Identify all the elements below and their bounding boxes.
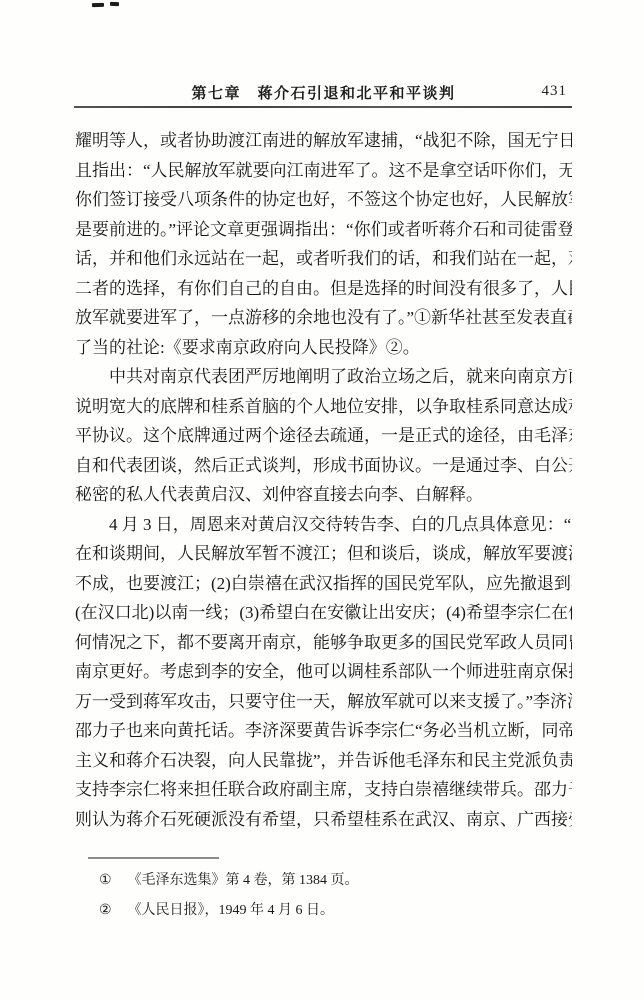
footnote-text: 《毛泽东选集》第 4 卷，第 1384 页。	[128, 873, 359, 888]
text-line: 耀明等人，或者协助渡江南进的解放军逮捕，“战犯不除，国无宁日”，并	[75, 126, 572, 156]
text-line: 支持李宗仁将来担任联合政府副主席，支持白崇禧继续带兵。邵力子	[75, 775, 572, 805]
text-line: 说明宽大的底牌和桂系首脑的个人地位安排，以争取桂系同意达成和	[75, 392, 572, 422]
text-line: 南京更好。考虑到李的安全，他可以调桂系部队一个师进驻南京保护，	[75, 657, 572, 687]
text-line: 你们签订接受八项条件的协定也好，不签这个协定也好，人民解放军总	[75, 185, 572, 215]
scan-artifact	[92, 3, 104, 7]
scan-artifact	[110, 2, 119, 6]
body-text-block: 耀明等人，或者协助渡江南进的解放军逮捕，“战犯不除，国无宁日”，并 且指出：“人…	[75, 126, 572, 834]
text-line: 自和代表团谈，然后正式谈判，形成书面协议。一是通过李、白公开和	[75, 451, 572, 481]
text-line: 邵力子也来向黄托话。李济深要黄告诉李宗仁“务必当机立断，同帝国	[75, 716, 572, 746]
footnote-divider	[88, 857, 219, 859]
header-divider	[74, 106, 572, 108]
footnote-marker: ①	[99, 866, 112, 896]
text-line: 4 月 3 日，周恩来对黄启汉交待转告李、白的几点具体意见：“(1)	[75, 510, 572, 540]
text-line: 何情况之下，都不要离开南京，能够争取更多的国民党军政人员同留在	[75, 628, 572, 658]
text-line: 平协议。这个底牌通过两个途径去疏通，一是正式的途径，由毛泽东亲	[75, 421, 572, 451]
text-line: 二者的选择，有你们自己的自由。但是选择的时间没有很多了，人民解	[75, 274, 572, 304]
footnote-marker: ②	[99, 896, 112, 926]
text-line: 话，并和他们永远站在一起，或者听我们的话，和我们站在一起，对于这	[75, 244, 572, 274]
text-line: 在和谈期间，人民解放军暂不渡江；但和谈后，谈成，解放军要渡江，谈	[75, 539, 572, 569]
text-line: 秘密的私人代表黄启汉、刘仲容直接去向李、白解释。	[75, 480, 572, 510]
footnote-item: ①《毛泽东选集》第 4 卷，第 1384 页。	[99, 866, 529, 896]
footnotes-block: ①《毛泽东选集》第 4 卷，第 1384 页。 ②《人民日报》，1949 年 4…	[99, 866, 529, 926]
text-line: 了当的社论:《要求南京政府向人民投降》②。	[75, 333, 572, 363]
footnote-text: 《人民日报》，1949 年 4 月 6 日。	[128, 903, 335, 918]
text-line: 万一受到蒋军攻击，只要守住一天，解放军就可以来支援了。”李济深、	[75, 687, 572, 717]
text-line: 且指出：“人民解放军就要向江南进军了。这不是拿空话吓你们，无论	[75, 156, 572, 186]
text-line: 放军就要进军了，一点游移的余地也没有了。”①新华社甚至发表直截	[75, 303, 572, 333]
running-header-title: 第七章 蒋介石引退和北平和平谈判	[75, 82, 572, 103]
text-line: 是要前进的。”评论文章更强调指出：“你们或者听蒋介石和司徒雷登的	[75, 215, 572, 245]
text-line: 主义和蒋介石决裂，向人民靠拢”，并告诉他毛泽东和民主党派负责人	[75, 746, 572, 776]
page-number: 431	[542, 83, 568, 100]
text-line: 则认为蒋介石死硬派没有希望，只希望桂系在武汉、南京、广西接受局	[75, 805, 572, 835]
footnote-item: ②《人民日报》，1949 年 4 月 6 日。	[99, 896, 529, 926]
text-line: 不成，也要渡江；(2)白崇禧在武汉指挥的国民党军队，应先撤退到花园	[75, 569, 572, 599]
text-line: (在汉口北)以南一线；(3)希望白在安徽让出安庆；(4)希望李宗仁在任	[75, 598, 572, 628]
text-line: 中共对南京代表团严厉地阐明了政治立场之后，就来向南京方面	[75, 362, 572, 392]
book-page: 第七章 蒋介石引退和北平和平谈判 431 耀明等人，或者协助渡江南进的解放军逮捕…	[0, 0, 644, 1000]
